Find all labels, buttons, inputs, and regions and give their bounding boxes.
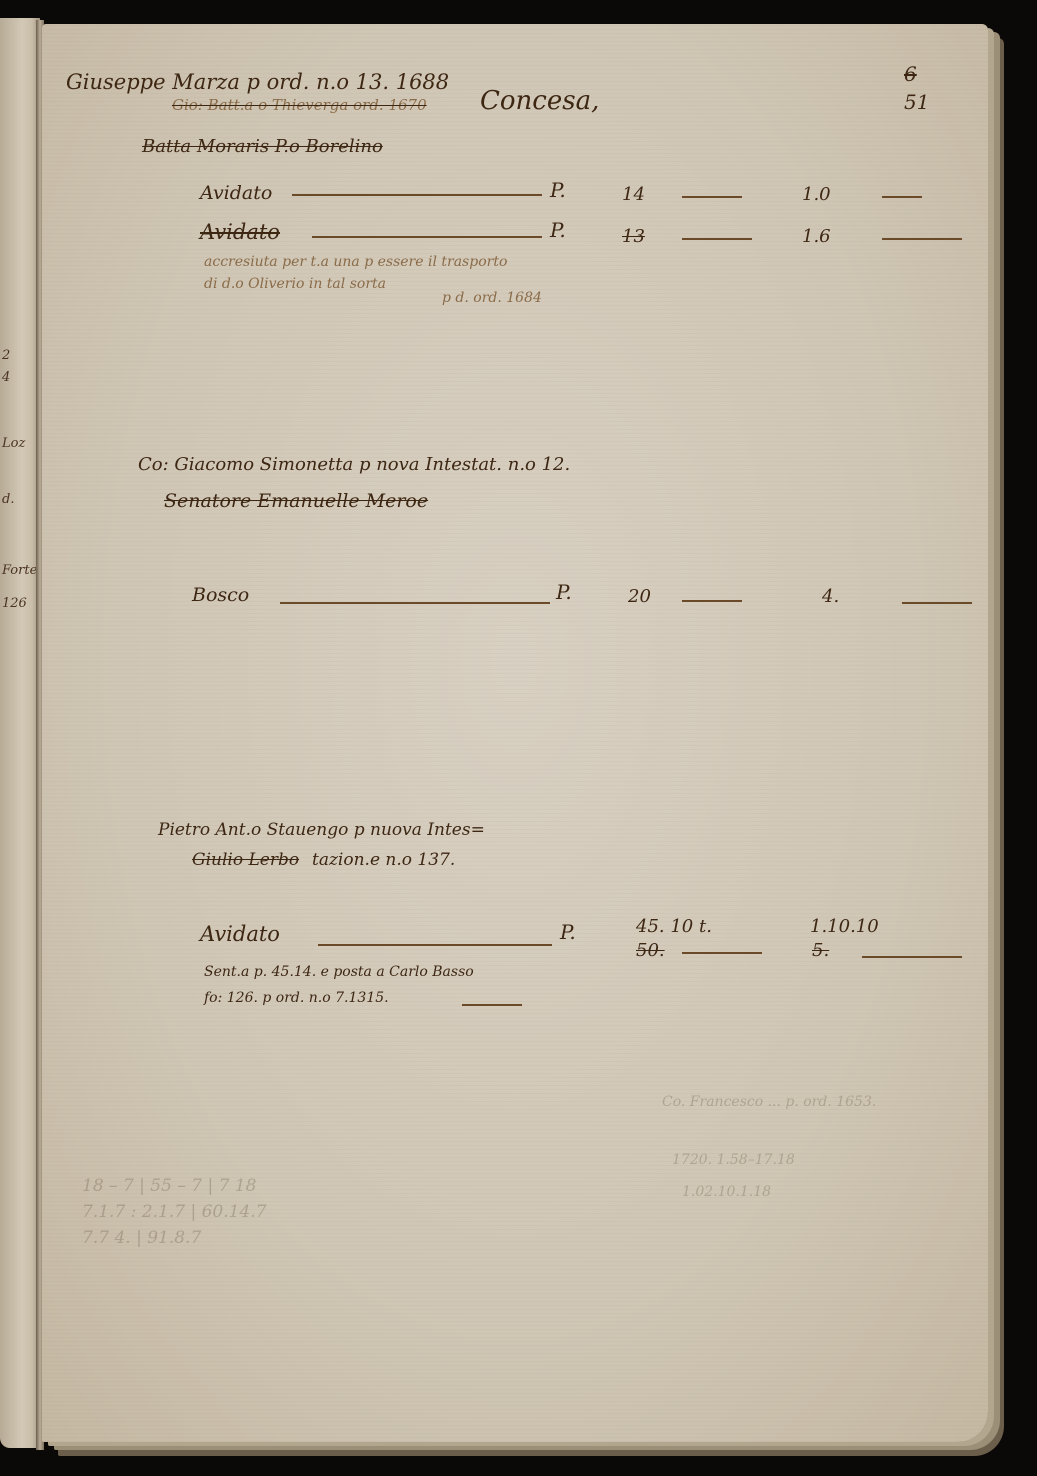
leader-line: [318, 944, 552, 946]
value: 1.0: [802, 184, 831, 205]
entry-note-ref: p d. ord. 1684: [442, 290, 542, 306]
value: 13: [622, 226, 645, 247]
value: 1.6: [802, 226, 831, 247]
entry-line-label: Avidato: [200, 220, 280, 244]
entry-header: Co: Giacomo Simonetta p nova Intestat. n…: [138, 454, 570, 475]
leader-line: [862, 956, 962, 958]
leader-line: [462, 1004, 522, 1006]
struck-name: Senatore Emanuelle Meroe: [164, 490, 428, 512]
folio-struck: 6: [904, 62, 917, 86]
value: 1.10.10: [810, 916, 879, 937]
margin-note: 126: [2, 596, 27, 611]
unit-mark: P.: [550, 218, 566, 242]
entry-line-label: Avidato: [200, 922, 280, 946]
margin-note: Forte: [2, 563, 37, 578]
entry-note: accresiuta per t.a una p essere il trasp…: [204, 254, 507, 270]
unit-mark: P.: [556, 580, 572, 604]
value: 5.: [812, 940, 829, 961]
leader-line: [682, 600, 742, 602]
leader-line: [882, 238, 962, 240]
entry-line-label: Avidato: [200, 182, 272, 204]
unit-mark: P.: [560, 920, 576, 944]
entry-note: fo: 126. p ord. n.o 7.1315.: [204, 990, 389, 1006]
margin-note: Loz: [2, 436, 25, 451]
unit-mark: P.: [550, 178, 566, 202]
facing-page-edge: 2 4 Loz d. Forte 126: [0, 18, 40, 1448]
bleed-through-text: 1.02.10.1.18: [682, 1184, 771, 1200]
bleed-through-text: Co. Francesco ... p. ord. 1653.: [662, 1094, 876, 1110]
bleed-through-text: 7.1.7 : 2.1.7 | 60.14.7: [82, 1202, 266, 1222]
value: 50.: [636, 940, 665, 961]
manuscript-page: 6 51 Co. Francesco ... p. ord. 1653. 172…: [42, 24, 988, 1442]
value: 20: [628, 586, 651, 607]
entry-line-label: Bosco: [192, 584, 249, 606]
leader-line: [682, 196, 742, 198]
bleed-through-text: 7.7 4. | 91.8.7: [82, 1228, 201, 1248]
entry-note: Sent.a p. 45.14. e posta a Carlo Basso: [204, 964, 474, 980]
entry-header-cont: tazion.e n.o 137.: [312, 850, 455, 870]
entry-header: Giuseppe Marza p ord. n.o 13. 1688: [66, 70, 449, 94]
folio-number: 51: [904, 90, 929, 114]
margin-note: 2: [2, 348, 10, 363]
value: 14: [622, 184, 645, 205]
bleed-through-text: 1720. 1.58–17.18: [672, 1152, 795, 1168]
margin-note: d.: [2, 492, 14, 507]
value: 45. 10 t.: [636, 916, 712, 937]
struck-name: Batta Moraris P.o Borelino: [142, 136, 383, 157]
leader-line: [312, 236, 542, 238]
entry-note: di d.o Oliverio in tal sorta: [204, 276, 386, 292]
leader-line: [682, 238, 752, 240]
leader-line: [882, 196, 922, 198]
struck-name: Giulio Lerbo: [192, 850, 299, 870]
bleed-through-text: 18 – 7 | 55 – 7 | 7 18: [82, 1176, 256, 1196]
entry-header: Pietro Ant.o Stauengo p nuova Intes=: [158, 820, 485, 840]
leader-line: [902, 602, 972, 604]
value: 4.: [822, 586, 839, 607]
leader-line: [682, 952, 762, 954]
struck-name: Gio: Batt.a o Thieverga ord. 1670: [172, 96, 427, 114]
leader-line: [280, 602, 550, 604]
margin-note: 4: [2, 370, 10, 385]
margin-annotation: Concesa,: [480, 86, 599, 116]
leader-line: [292, 194, 542, 196]
